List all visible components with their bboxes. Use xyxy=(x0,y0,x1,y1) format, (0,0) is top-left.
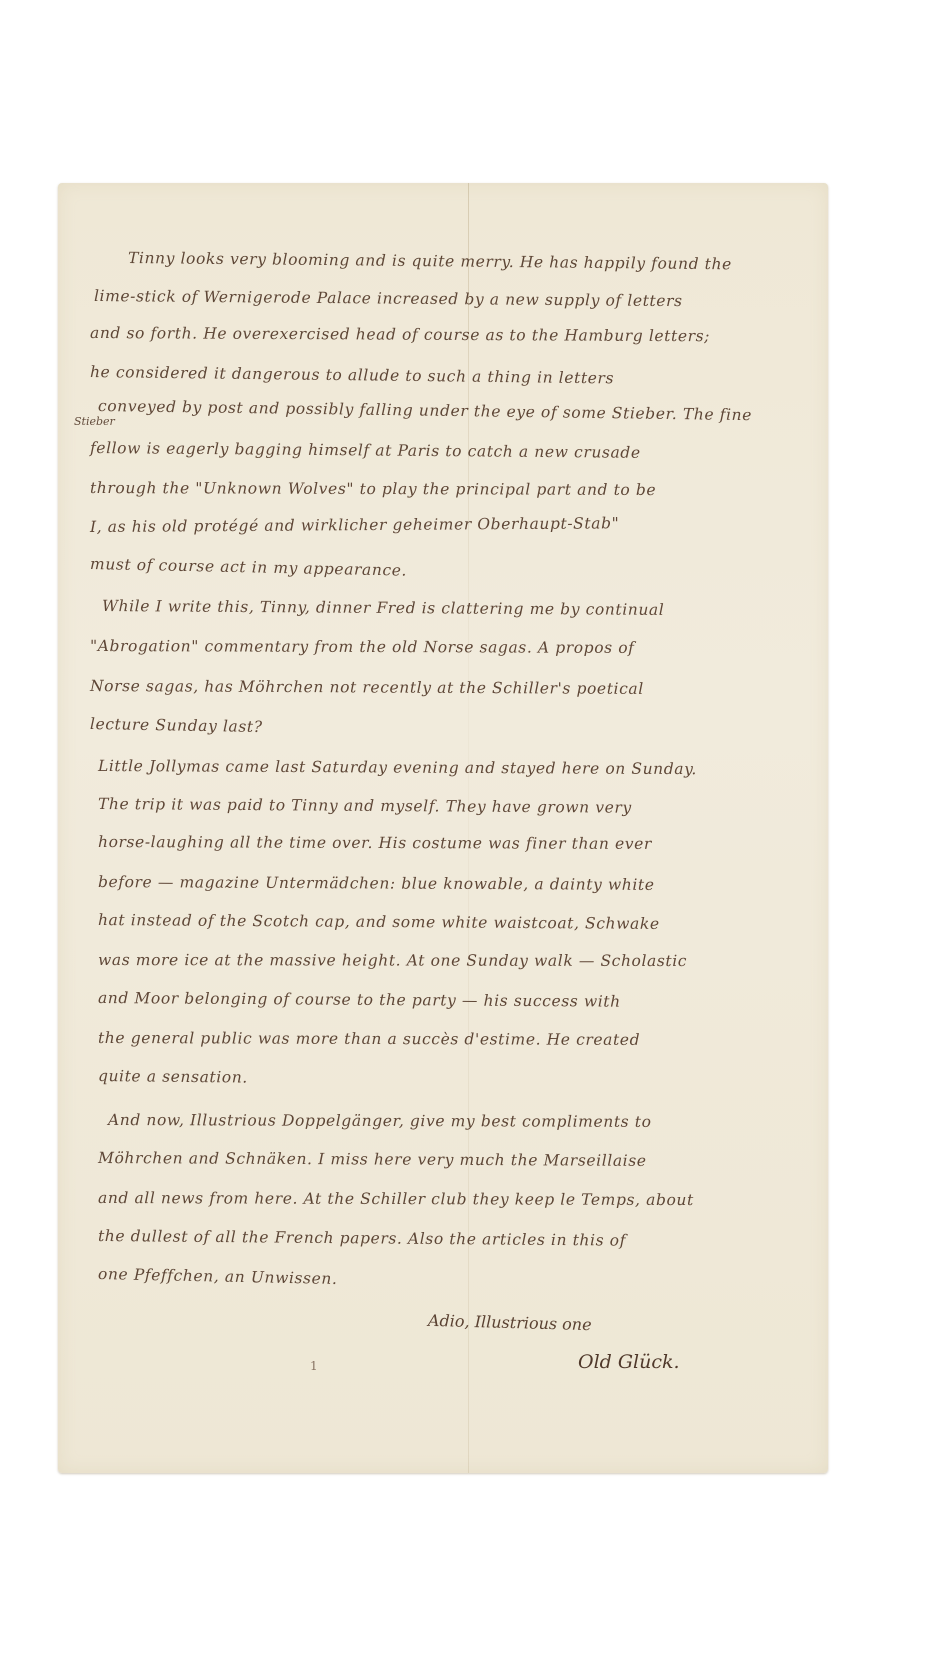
letter-line-10: While I write this, Tinny, dinner Fred i… xyxy=(102,597,664,619)
margin-note: Stieber xyxy=(74,415,115,428)
letter-signature: Old Glück. xyxy=(578,1351,680,1373)
letter-line-4: he considered it dangerous to allude to … xyxy=(90,363,614,387)
letter-line-16: horse-laughing all the time over. His co… xyxy=(98,833,652,853)
letter-line-20: and Moor belonging of course to the part… xyxy=(98,989,621,1011)
letter-line-7: through the "Unknown Wolves" to play the… xyxy=(90,479,656,499)
letter-line-1: Tinny looks very blooming and is quite m… xyxy=(128,249,818,274)
letter-line-17: before — magazine Untermädchen: blue kno… xyxy=(98,873,655,894)
letter-line-12: Norse sagas, has Möhrchen not recently a… xyxy=(90,677,644,698)
letter-line-21: the general public was more than a succè… xyxy=(98,1029,640,1049)
letter-line-11: "Abrogation" commentary from the old Nor… xyxy=(90,637,635,657)
letter-line-23: And now, Illustrious Doppelgänger, give … xyxy=(108,1111,652,1131)
letter-line-18: hat instead of the Scotch cap, and some … xyxy=(98,911,660,933)
letter-line-24: Möhrchen and Schnäken. I miss here very … xyxy=(98,1149,647,1170)
letter-line-13: lecture Sunday last? xyxy=(90,715,263,736)
letter-line-2: lime-stick of Wernigerode Palace increas… xyxy=(94,287,683,310)
letter-line-5: conveyed by post and possibly falling un… xyxy=(98,397,752,424)
letter-page: Tinny looks very blooming and is quite m… xyxy=(58,183,828,1473)
letter-line-26: the dullest of all the French papers. Al… xyxy=(98,1227,626,1250)
letter-line-25: and all news from here. At the Schiller … xyxy=(98,1189,694,1209)
letter-line-19: was more ice at the massive height. At o… xyxy=(98,951,687,970)
letter-line-27: one Pfeffchen, an Unwissen. xyxy=(98,1265,338,1288)
letter-line-9: must of course act in my appearance. xyxy=(90,555,407,580)
letter-line-6: fellow is eagerly bagging himself at Par… xyxy=(90,439,641,462)
letter-closing: Adio, Illustrious one xyxy=(428,1311,592,1334)
letter-line-15: The trip it was paid to Tinny and myself… xyxy=(98,795,632,817)
letter-line-3: and so forth. He overexercised head of c… xyxy=(90,324,710,345)
page-mark: 1 xyxy=(310,1359,318,1373)
letter-line-14: Little Jollymas came last Saturday eveni… xyxy=(98,757,697,778)
letter-line-8: I, as his old protégé and wirklicher geh… xyxy=(90,514,619,536)
letter-line-22: quite a sensation. xyxy=(98,1067,248,1087)
